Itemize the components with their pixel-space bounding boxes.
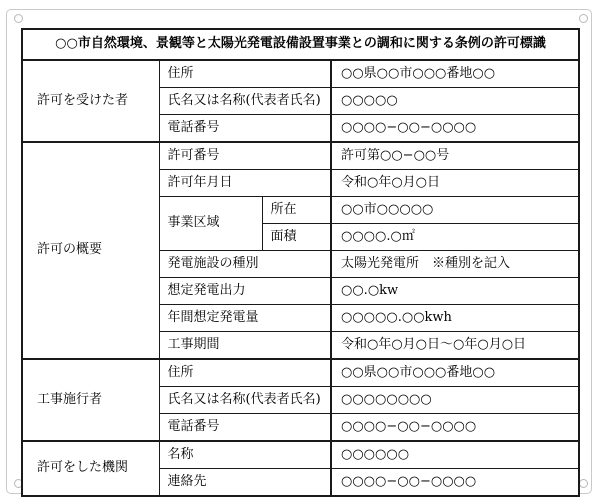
construction-period-value: 令和○年○月○日～○年○月○日 <box>331 332 579 360</box>
table-row: 許可の概要 許可番号 許可第○○−○○号 <box>22 142 579 170</box>
permit-holder-address-value: ○○県○○市○○○番地○○ <box>331 60 579 88</box>
category-permit-holder: 許可を受けた者 <box>22 60 159 142</box>
contractor-phone-value: ○○○○−○○−○○○○ <box>331 414 579 442</box>
facility-type-value: 太陽光発電所 ※種別を記入 <box>331 251 579 278</box>
annual-generation-label: 年間想定発電量 <box>159 305 331 332</box>
sign-title: ○○市自然環境、景観等と太陽光発電設備設置事業との調和に関する条例の許可標識 <box>22 29 579 60</box>
table-row: 許可をした機関 名称 ○○○○○○ <box>22 441 579 469</box>
contractor-address-value: ○○県○○市○○○番地○○ <box>331 359 579 387</box>
project-area-label: 事業区域 <box>159 197 262 251</box>
project-area-location-value: ○○市○○○○○ <box>331 197 579 224</box>
contractor-address-label: 住所 <box>159 359 331 387</box>
permit-date-label: 許可年月日 <box>159 170 331 197</box>
annual-generation-value: ○○○○○.○○kwh <box>331 305 579 332</box>
mounting-hole-bottom-right <box>579 479 588 488</box>
permit-holder-phone-label: 電話番号 <box>159 115 331 143</box>
agency-name-label: 名称 <box>159 441 331 469</box>
permit-sign-page: { "sign": { "title": "○○市自然環境、景観等と太陽光発電設… <box>0 0 600 503</box>
title-row: ○○市自然環境、景観等と太陽光発電設備設置事業との調和に関する条例の許可標識 <box>22 29 579 60</box>
mounting-hole-top-left <box>14 14 23 23</box>
contractor-name-value: ○○○○○○○○ <box>331 387 579 414</box>
agency-contact-value: ○○○○−○○−○○○○ <box>331 469 579 497</box>
mounting-hole-top-right <box>579 14 588 23</box>
category-contractor: 工事施行者 <box>22 359 159 441</box>
contractor-name-label: 氏名又は名称(代表者氏名) <box>159 387 331 414</box>
expected-output-value: ○○.○kw <box>331 278 579 305</box>
table-row: 許可を受けた者 住所 ○○県○○市○○○番地○○ <box>22 60 579 88</box>
agency-contact-label: 連絡先 <box>159 469 331 497</box>
agency-name-value: ○○○○○○ <box>331 441 579 469</box>
permit-number-value: 許可第○○−○○号 <box>331 142 579 170</box>
project-area-size-label: 面積 <box>262 224 331 251</box>
project-area-size-value: ○○○○.○㎡ <box>331 224 579 251</box>
permit-holder-address-label: 住所 <box>159 60 331 88</box>
expected-output-label: 想定発電出力 <box>159 278 331 305</box>
category-permit-overview: 許可の概要 <box>22 142 159 359</box>
permit-holder-phone-value: ○○○○−○○−○○○○ <box>331 115 579 143</box>
contractor-phone-label: 電話番号 <box>159 414 331 442</box>
project-area-location-label: 所在 <box>262 197 331 224</box>
category-permitting-agency: 許可をした機関 <box>22 441 159 496</box>
table-row: 工事施行者 住所 ○○県○○市○○○番地○○ <box>22 359 579 387</box>
permit-date-value: 令和○年○月○日 <box>331 170 579 197</box>
permit-holder-name-label: 氏名又は名称(代表者氏名) <box>159 88 331 115</box>
permit-holder-name-value: ○○○○○ <box>331 88 579 115</box>
permit-sign-table: ○○市自然環境、景観等と太陽光発電設備設置事業との調和に関する条例の許可標識 許… <box>21 28 580 497</box>
construction-period-label: 工事期間 <box>159 332 331 360</box>
permit-number-label: 許可番号 <box>159 142 331 170</box>
facility-type-label: 発電施設の種別 <box>159 251 331 278</box>
